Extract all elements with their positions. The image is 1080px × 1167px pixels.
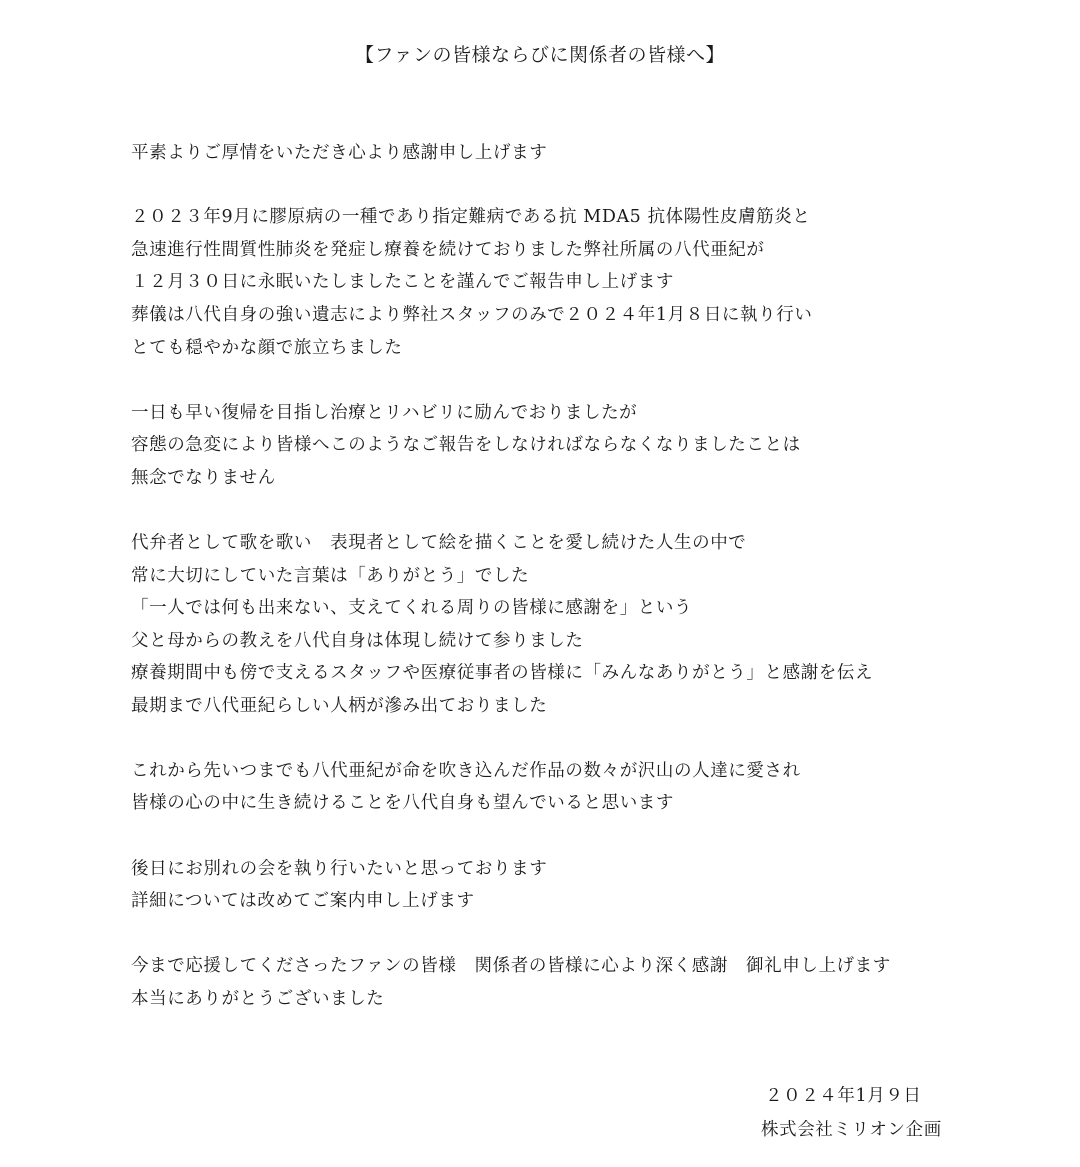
paragraph-3-line-3: 無念でなりません [131,466,276,490]
paragraph-4-line-6: 最期まで八代亜紀らしい人柄が滲み出ておりました [131,694,547,718]
paragraph-3-line-1: 一日も早い復帰を目指し治療とリハビリに励んでおりましたが [131,401,637,425]
paragraph-2-line-3: １２月３０日に永眠いたしましたことを謹んでご報告申し上げます [131,270,674,294]
paragraph-6-line-2: 詳細については改めてご案内申し上げます [131,889,475,913]
paragraph-4-line-5: 療養期間中も傍で支えるスタッフや医療従事者の皆様に「みんなありがとう」と感謝を伝… [131,661,873,685]
announcement-document: 【ファンの皆様ならびに関係者の皆様へ】 平素よりご厚情をいただき心より感謝申し上… [0,0,1080,1167]
paragraph-4-line-2: 常に大切にしていた言葉は「ありがとう」でした [131,564,529,588]
paragraph-5-line-1: これから先いつまでも八代亜紀が命を吹き込んだ作品の数々が沢山の人達に愛され [131,759,801,783]
paragraph-2-line-2: 急速進行性間質性肺炎を発症し療養を続けておりました弊社所属の八代亜紀が [131,238,765,262]
paragraph-6-line-1: 後日にお別れの会を執り行いたいと思っております [131,857,547,881]
paragraph-2-line-5: とても穏やかな顔で旅立ちました [131,336,403,360]
signature-company: 株式会社ミリオン企画 [761,1118,942,1142]
paragraph-4-line-1: 代弁者として歌を歌い 表現者として絵を描くことを愛し続けた人生の中で [131,531,746,555]
paragraph-7-line-2: 本当にありがとうございました [131,987,384,1011]
paragraph-2-line-4: 葬儀は八代自身の強い遺志により弊社スタッフのみで２０２４年1月８日に執り行い [131,303,812,327]
paragraph-4-line-4: 父と母からの教えを八代自身は体現し続けて参りました [131,629,584,653]
paragraph-2-line-1: ２０２３年9月に膠原病の一種であり指定難病である抗 MDA5 抗体陽性皮膚筋炎と [131,205,810,229]
paragraph-7-line-1: 今まで応援してくださったファンの皆様 関係者の皆様に心より深く感謝 御礼申し上げ… [131,954,891,978]
paragraph-5-line-2: 皆様の心の中に生き続けることを八代自身も望んでいると思います [131,791,674,815]
signature-date: ２０２４年1月９日 [765,1084,922,1108]
paragraph-4-line-3: 「一人では何も出来ない、支えてくれる周りの皆様に感謝を」という [131,596,692,620]
paragraph-1-line-1: 平素よりご厚情をいただき心より感謝申し上げます [131,141,547,165]
document-title: 【ファンの皆様ならびに関係者の皆様へ】 [0,42,1080,68]
paragraph-3-line-2: 容態の急変により皆様へこのようなご報告をしなければならなくなりましたことは [131,433,801,457]
